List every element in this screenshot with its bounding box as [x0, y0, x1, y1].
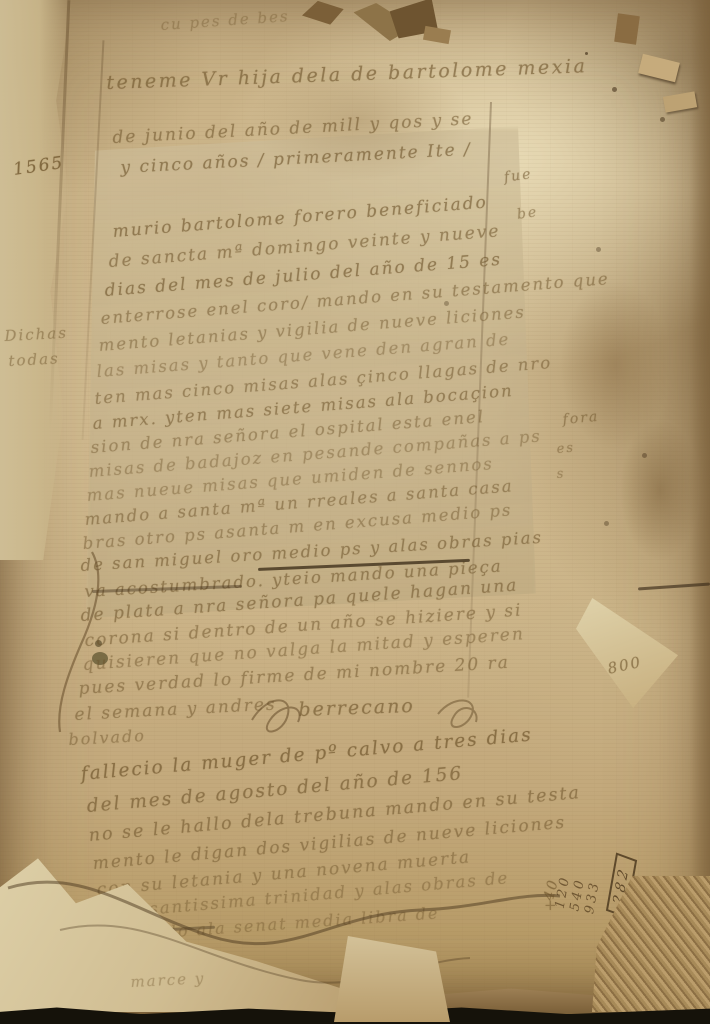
margin-note: todas [8, 349, 60, 370]
margin-flourish [26, 546, 110, 746]
margin-word: fora [562, 409, 600, 428]
margin-word: s [556, 466, 566, 482]
manuscript-scan: { "manuscript": { "colors": { "paper": "… [0, 0, 710, 1024]
stain [620, 420, 700, 560]
margin-note: Dichas [4, 324, 68, 345]
margin-word: es [556, 440, 576, 457]
margin-word: be [516, 204, 539, 223]
cross-mark: + [544, 896, 559, 914]
